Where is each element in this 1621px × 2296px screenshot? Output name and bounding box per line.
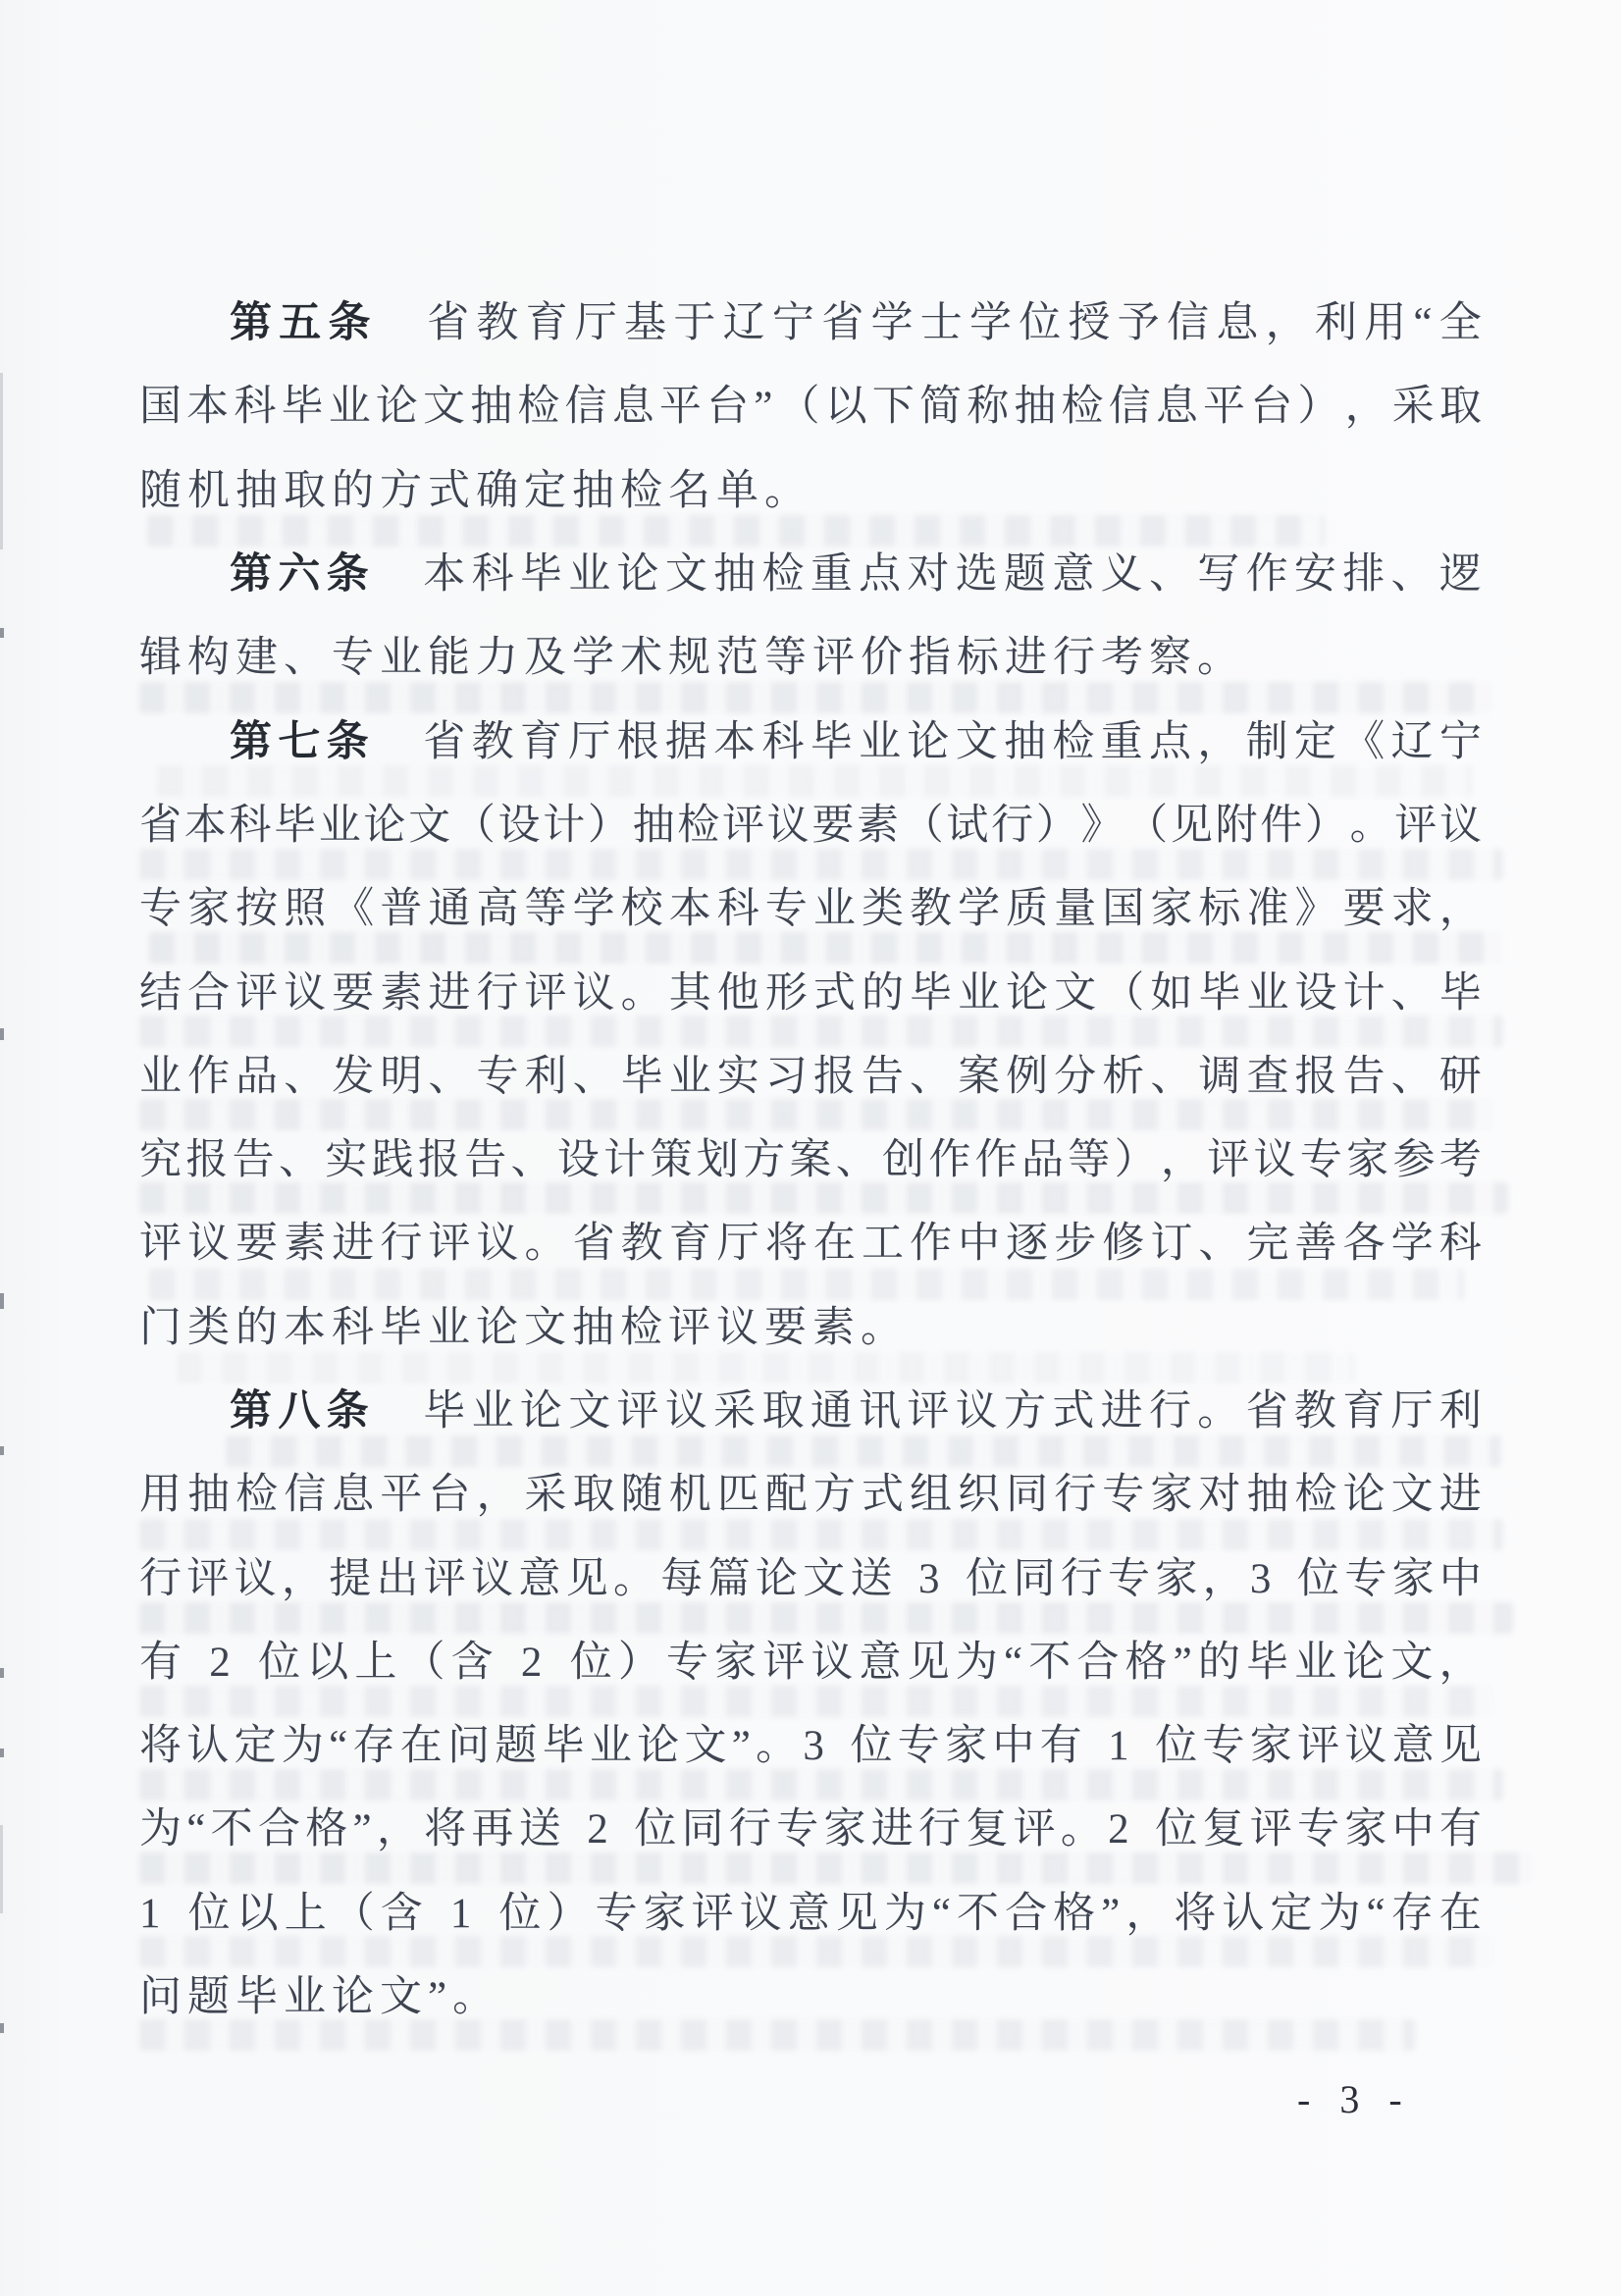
scan-edge-artifact: [0, 373, 3, 549]
scan-edge-artifact: [0, 628, 4, 638]
page-number: - 3 -: [1297, 2076, 1412, 2122]
scan-edge-artifact: [0, 1028, 4, 1040]
text-line: 专家按照《普通高等学校本科专业类教学质量国家标准》要求，: [139, 867, 1482, 951]
text-line: 第五条省教育厅基于辽宁省学士学位授予信息，利用“全: [139, 282, 1482, 365]
scan-edge-artifact: [0, 1446, 4, 1455]
scan-edge-artifact: [0, 1825, 3, 1913]
text-line: 评议要素进行评议。省教育厅将在工作中逐步修订、完善各学科: [139, 1202, 1482, 1285]
text-line: 门类的本科毕业论文抽检评议要素。: [139, 1286, 1482, 1370]
text-line: 用抽检信息平台，采取随机匹配方式组织同行专家对抽检论文进: [139, 1453, 1482, 1537]
text-line: 行评议，提出评议意见。每篇论文送 3 位同行专家，3 位专家中: [139, 1537, 1482, 1620]
text-line: 1 位以上（含 1 位）专家评议意见为“不合格”，将认定为“存在: [139, 1872, 1482, 1956]
text-line: 辑构建、专业能力及学术规范等评价指标进行考察。: [139, 616, 1482, 700]
scan-edge-artifact: [0, 2023, 4, 2033]
scan-edge-artifact: [0, 1668, 4, 1678]
scanned-document-page: 第五条省教育厅基于辽宁省学士学位授予信息，利用“全国本科毕业论文抽检信息平台”（…: [0, 0, 1621, 2296]
text-line: 省本科毕业论文（设计）抽检评议要素（试行）》（见附件）。评议: [139, 784, 1482, 867]
text-line: 随机抽取的方式确定抽检名单。: [139, 449, 1482, 533]
text-line: 为“不合格”，将再送 2 位同行专家进行复评。2 位复评专家中有: [139, 1788, 1482, 1871]
text-line: 将认定为“存在问题毕业论文”。3 位专家中有 1 位专家评议意见: [139, 1704, 1482, 1788]
scan-edge-artifact: [0, 1293, 4, 1309]
text-block: 第五条省教育厅基于辽宁省学士学位授予信息，利用“全国本科毕业论文抽检信息平台”（…: [139, 282, 1482, 2039]
text-line: 有 2 位以上（含 2 位）专家评议意见为“不合格”的毕业论文，: [139, 1621, 1482, 1704]
text-line: 业作品、发明、专利、毕业实习报告、案例分析、调查报告、研: [139, 1035, 1482, 1119]
text-line: 问题毕业论文”。: [139, 1956, 1482, 2039]
scan-edge-artifact: [0, 1748, 4, 1757]
text-line: 第七条省教育厅根据本科毕业论文抽检重点，制定《辽宁: [139, 700, 1482, 783]
text-line: 结合评议要素进行评议。其他形式的毕业论文（如毕业设计、毕: [139, 951, 1482, 1034]
text-line: 第八条毕业论文评议采取通讯评议方式进行。省教育厅利: [139, 1370, 1482, 1453]
text-line: 国本科毕业论文抽检信息平台”（以下简称抽检信息平台），采取: [139, 365, 1482, 448]
text-line: 究报告、实践报告、设计策划方案、创作作品等），评议专家参考: [139, 1119, 1482, 1202]
text-line: 第六条本科毕业论文抽检重点对选题意义、写作安排、逻: [139, 533, 1482, 616]
